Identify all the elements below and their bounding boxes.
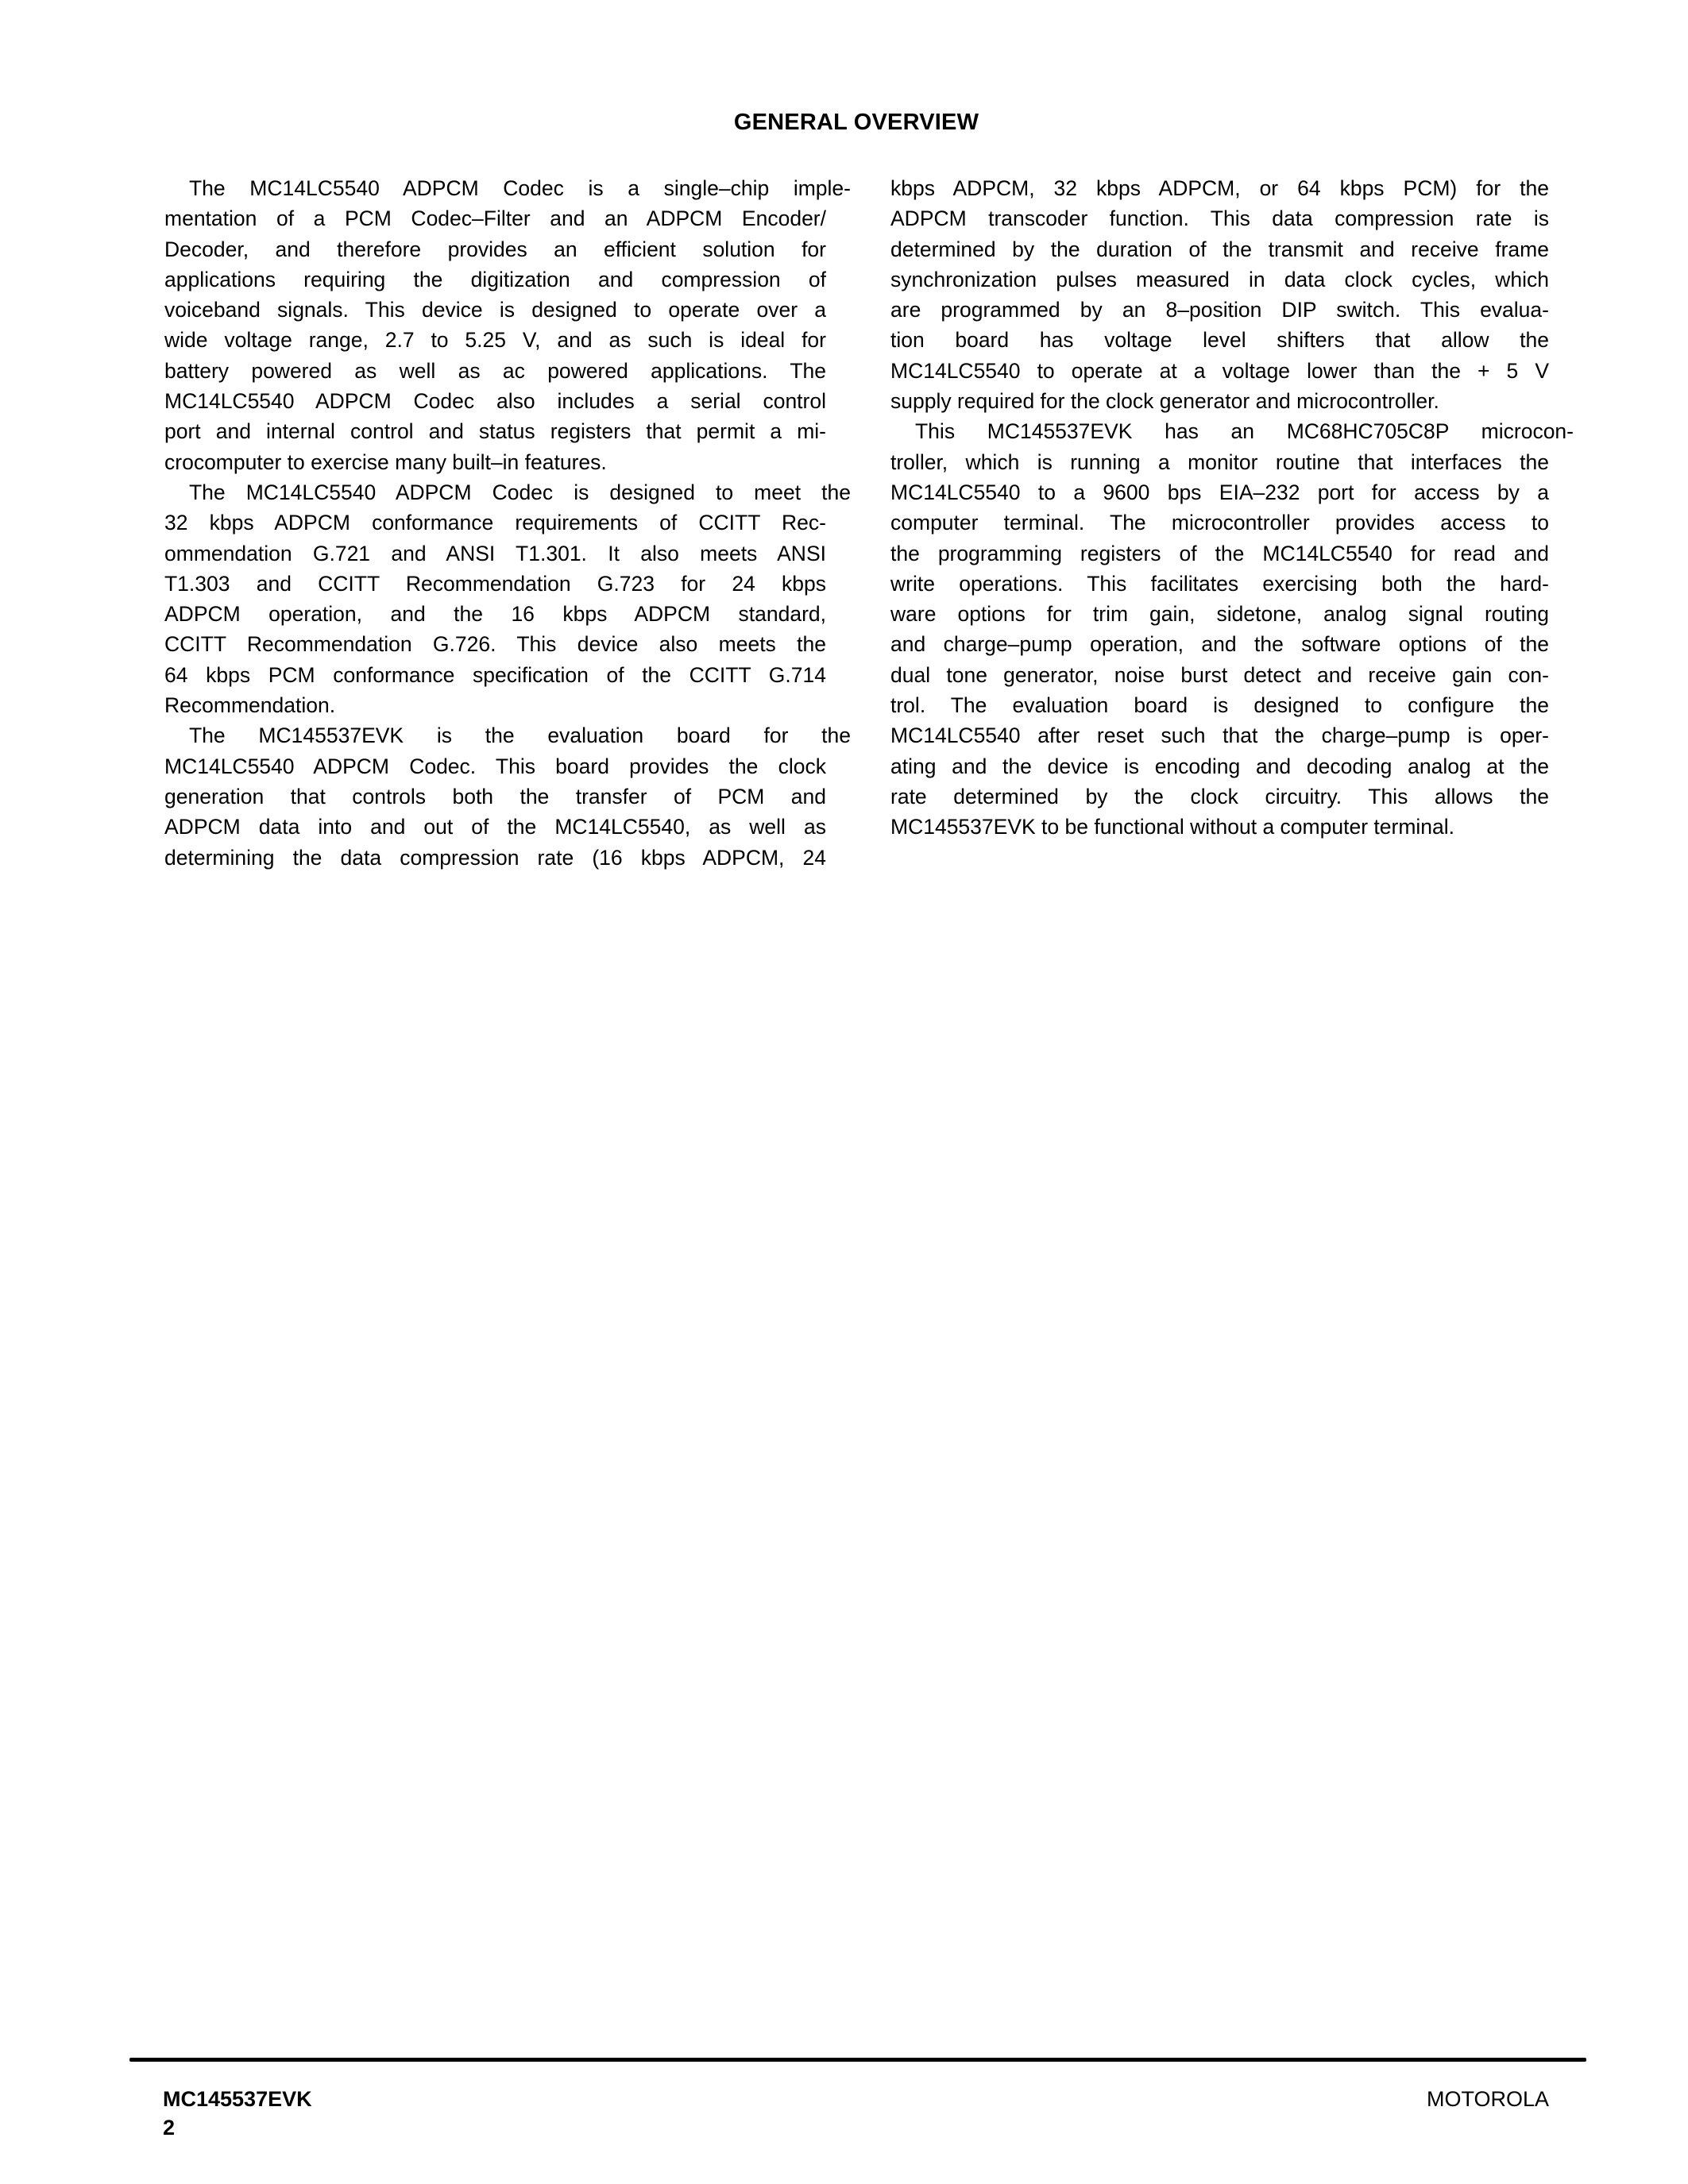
text-line-content: are programmed by an 8–position DIP swit… xyxy=(890,295,1549,325)
text-line-content: ommendation G.721 and ANSI T1.301. It al… xyxy=(164,538,826,569)
text-line: 32 kbps ADPCM conformance requirements o… xyxy=(164,507,826,538)
text-line: generation that controls both the transf… xyxy=(164,781,826,812)
text-line: trol. The evaluation board is designed t… xyxy=(890,690,1549,720)
text-line-content: crocomputer to exercise many built–in fe… xyxy=(164,447,826,477)
text-line-content: trol. The evaluation board is designed t… xyxy=(890,690,1549,720)
text-line: battery powered as well as ac powered ap… xyxy=(164,356,826,386)
text-line-content: T1.303 and CCITT Recommendation G.723 fo… xyxy=(164,569,826,599)
text-line: The MC14LC5540 ADPCM Codec is a single–c… xyxy=(164,173,826,203)
text-line: are programmed by an 8–position DIP swit… xyxy=(890,295,1549,325)
text-line: tion board has voltage level shifters th… xyxy=(890,325,1549,355)
footer-brand: MOTOROLA xyxy=(1427,2085,1549,2113)
text-line: The MC14LC5540 ADPCM Codec is designed t… xyxy=(164,477,826,507)
text-line: voiceband signals. This device is design… xyxy=(164,295,826,325)
text-line-content: rate determined by the clock circuitry. … xyxy=(890,781,1549,812)
text-line: MC14LC5540 ADPCM Codec. This board provi… xyxy=(164,751,826,781)
text-line-content: The MC14LC5540 ADPCM Codec is designed t… xyxy=(164,477,851,507)
text-line: 64 kbps PCM conformance specification of… xyxy=(164,660,826,690)
text-line: MC14LC5540 ADPCM Codec also includes a s… xyxy=(164,386,826,416)
text-line: MC14LC5540 to operate at a voltage lower… xyxy=(890,356,1549,386)
text-line-content: MC14LC5540 after reset such that the cha… xyxy=(890,720,1549,751)
text-line: kbps ADPCM, 32 kbps ADPCM, or 64 kbps PC… xyxy=(890,173,1549,203)
text-line-content: ADPCM transcoder function. This data com… xyxy=(890,203,1549,233)
text-line-content: determining the data compression rate (1… xyxy=(164,843,826,873)
text-line-content: dual tone generator, noise burst detect … xyxy=(890,660,1549,690)
text-line: determining the data compression rate (1… xyxy=(164,843,826,873)
text-line: The MC145537EVK is the evaluation board … xyxy=(164,720,826,751)
text-line-content: 32 kbps ADPCM conformance requirements o… xyxy=(164,507,826,538)
text-line-content: This MC145537EVK has an MC68HC705C8P mic… xyxy=(890,416,1574,446)
text-line-content: mentation of a PCM Codec–Filter and an A… xyxy=(164,203,826,233)
text-line: MC14LC5540 to a 9600 bps EIA–232 port fo… xyxy=(890,477,1549,507)
text-line-content: computer terminal. The microcontroller p… xyxy=(890,507,1549,538)
right-column: kbps ADPCM, 32 kbps ADPCM, or 64 kbps PC… xyxy=(890,173,1549,843)
text-line-content: MC14LC5540 to operate at a voltage lower… xyxy=(890,356,1549,386)
text-line: ADPCM data into and out of the MC14LC554… xyxy=(164,812,826,842)
text-line: dual tone generator, noise burst detect … xyxy=(890,660,1549,690)
text-line: T1.303 and CCITT Recommendation G.723 fo… xyxy=(164,569,826,599)
text-line-content: ware options for trim gain, sidetone, an… xyxy=(890,599,1549,629)
text-line-content: kbps ADPCM, 32 kbps ADPCM, or 64 kbps PC… xyxy=(890,173,1549,203)
text-line-content: applications requiring the digitization … xyxy=(164,264,826,295)
footer-left: MC145537EVK 2 xyxy=(163,2085,312,2142)
text-line-content: The MC145537EVK is the evaluation board … xyxy=(164,720,851,751)
text-line: synchronization pulses measured in data … xyxy=(890,264,1549,295)
text-line: computer terminal. The microcontroller p… xyxy=(890,507,1549,538)
text-line-content: ADPCM operation, and the 16 kbps ADPCM s… xyxy=(164,599,826,629)
left-column: The MC14LC5540 ADPCM Codec is a single–c… xyxy=(164,173,826,873)
text-line-content: determined by the duration of the transm… xyxy=(890,234,1549,264)
text-line-content: ADPCM data into and out of the MC14LC554… xyxy=(164,812,826,842)
text-line: the programming registers of the MC14LC5… xyxy=(890,538,1549,569)
text-line: and charge–pump operation, and the softw… xyxy=(890,629,1549,659)
text-line: ADPCM operation, and the 16 kbps ADPCM s… xyxy=(164,599,826,629)
text-line-content: ating and the device is encoding and dec… xyxy=(890,751,1549,781)
text-line-content: MC14LC5540 to a 9600 bps EIA–232 port fo… xyxy=(890,477,1549,507)
footer-document-id: MC145537EVK xyxy=(163,2085,312,2113)
text-line: determined by the duration of the transm… xyxy=(890,234,1549,264)
text-line: rate determined by the clock circuitry. … xyxy=(890,781,1549,812)
text-line-content: MC14LC5540 ADPCM Codec also includes a s… xyxy=(164,386,826,416)
text-line: ware options for trim gain, sidetone, an… xyxy=(890,599,1549,629)
text-line-content: synchronization pulses measured in data … xyxy=(890,264,1549,295)
text-line-content: battery powered as well as ac powered ap… xyxy=(164,356,826,386)
text-line-content: CCITT Recommendation G.726. This device … xyxy=(164,629,826,659)
footer-page-number: 2 xyxy=(163,2113,312,2142)
text-line: ommendation G.721 and ANSI T1.301. It al… xyxy=(164,538,826,569)
text-line-content: Recommendation. xyxy=(164,690,826,720)
text-line-content: Decoder, and therefore provides an effic… xyxy=(164,234,826,264)
text-line: mentation of a PCM Codec–Filter and an A… xyxy=(164,203,826,233)
text-line-content: troller, which is running a monitor rout… xyxy=(890,447,1549,477)
text-line: This MC145537EVK has an MC68HC705C8P mic… xyxy=(890,416,1549,446)
text-line-content: MC14LC5540 ADPCM Codec. This board provi… xyxy=(164,751,826,781)
text-line: crocomputer to exercise many built–in fe… xyxy=(164,447,826,477)
text-line: write operations. This facilitates exerc… xyxy=(890,569,1549,599)
text-line-content: voiceband signals. This device is design… xyxy=(164,295,826,325)
text-line: troller, which is running a monitor rout… xyxy=(890,447,1549,477)
text-line-content: 64 kbps PCM conformance specification of… xyxy=(164,660,826,690)
text-line: port and internal control and status reg… xyxy=(164,416,826,446)
section-heading: GENERAL OVERVIEW xyxy=(0,110,1688,136)
text-line: MC14LC5540 after reset such that the cha… xyxy=(890,720,1549,751)
text-line: ADPCM transcoder function. This data com… xyxy=(890,203,1549,233)
text-line: CCITT Recommendation G.726. This device … xyxy=(164,629,826,659)
text-line-content: the programming registers of the MC14LC5… xyxy=(890,538,1549,569)
text-line-content: The MC14LC5540 ADPCM Codec is a single–c… xyxy=(164,173,851,203)
text-line: MC145537EVK to be functional without a c… xyxy=(890,812,1549,842)
text-line: wide voltage range, 2.7 to 5.25 V, and a… xyxy=(164,325,826,355)
text-line-content: generation that controls both the transf… xyxy=(164,781,826,812)
text-line: Recommendation. xyxy=(164,690,826,720)
text-line: ating and the device is encoding and dec… xyxy=(890,751,1549,781)
text-line-content: and charge–pump operation, and the softw… xyxy=(890,629,1549,659)
text-line-content: write operations. This facilitates exerc… xyxy=(890,569,1549,599)
text-line: applications requiring the digitization … xyxy=(164,264,826,295)
footer-rule xyxy=(129,2058,1586,2062)
text-line-content: port and internal control and status reg… xyxy=(164,416,826,446)
text-line-content: MC145537EVK to be functional without a c… xyxy=(890,812,1549,842)
text-line: Decoder, and therefore provides an effic… xyxy=(164,234,826,264)
text-line-content: supply required for the clock generator … xyxy=(890,386,1549,416)
text-line-content: tion board has voltage level shifters th… xyxy=(890,325,1549,355)
text-line-content: wide voltage range, 2.7 to 5.25 V, and a… xyxy=(164,325,826,355)
text-line: supply required for the clock generator … xyxy=(890,386,1549,416)
